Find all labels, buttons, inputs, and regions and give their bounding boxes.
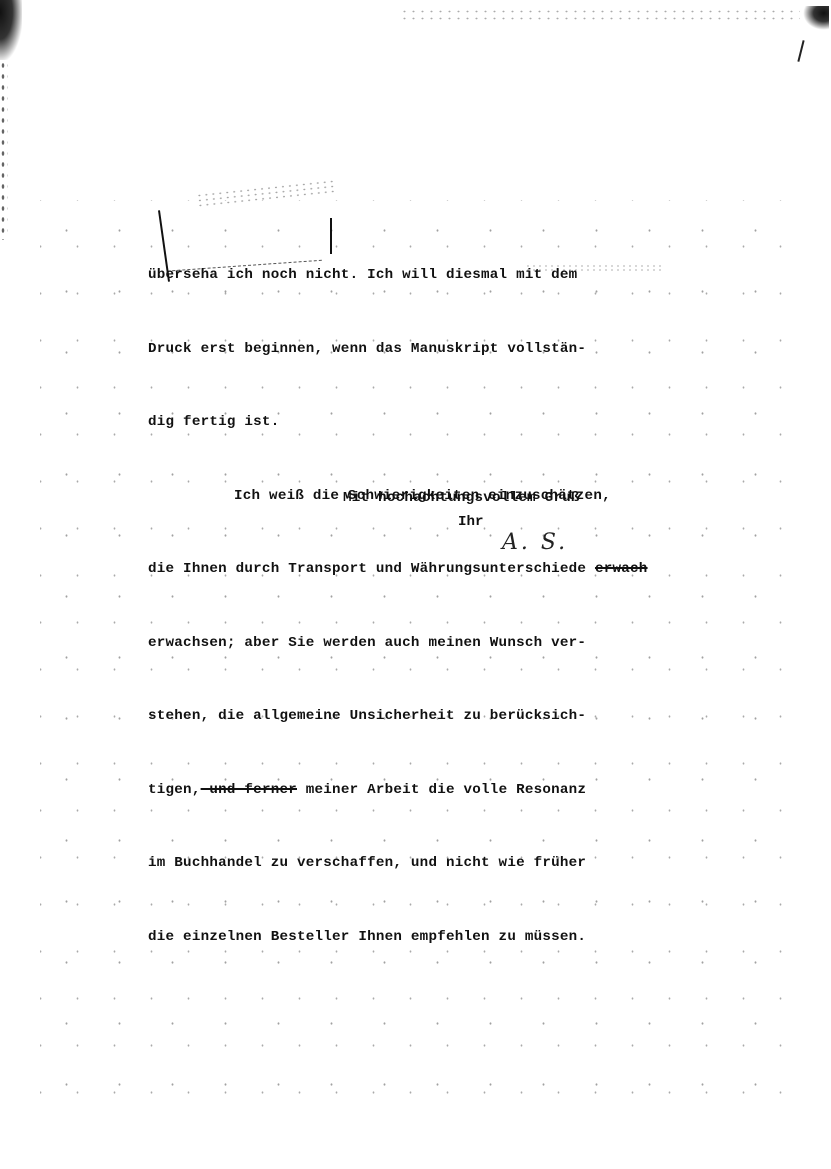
- body-line: tigen, und ferner meiner Arbeit die voll…: [148, 778, 748, 803]
- body-line: die Ihnen durch Transport und Währungsun…: [148, 557, 748, 582]
- scan-corner-shadow: [803, 6, 829, 30]
- scan-edge-noise-top: [400, 8, 800, 22]
- handwritten-signature: A. S.: [502, 530, 568, 555]
- struck-words: und ferner: [201, 782, 297, 798]
- body-line: erwachsen; aber Sie werden auch meinen W…: [148, 631, 748, 656]
- body-line-text: meiner Arbeit die volle Resonanz: [297, 782, 586, 798]
- scanned-letter-page: überseha ich noch nicht. Ich will diesma…: [0, 0, 831, 1169]
- body-line: Druck erst beginnen, wenn das Manuskript…: [148, 337, 748, 362]
- body-line: die einzelnen Besteller Ihnen empfehlen …: [148, 925, 748, 950]
- body-line: stehen, die allgemeine Unsicherheit zu b…: [148, 704, 748, 729]
- body-line-text: tigen,: [148, 782, 201, 798]
- body-line-text: die Ihnen durch Transport und Währungsun…: [148, 561, 586, 577]
- scan-mark: [797, 40, 804, 62]
- scan-edge-noise-left: [0, 60, 8, 240]
- body-line: dig fertig ist.: [148, 410, 748, 435]
- struck-word: erwach: [595, 561, 648, 577]
- letter-body: überseha ich noch nicht. Ich will diesma…: [148, 214, 748, 998]
- signoff: Ihr: [458, 514, 484, 530]
- closing-salutation: Mit hochachtungsvollem Gruß: [343, 490, 580, 506]
- body-line: überseha ich noch nicht. Ich will diesma…: [148, 263, 748, 288]
- scan-edge-shadow-left: [0, 0, 22, 60]
- body-line: im Buchhandel zu verschaffen, und nicht …: [148, 851, 748, 876]
